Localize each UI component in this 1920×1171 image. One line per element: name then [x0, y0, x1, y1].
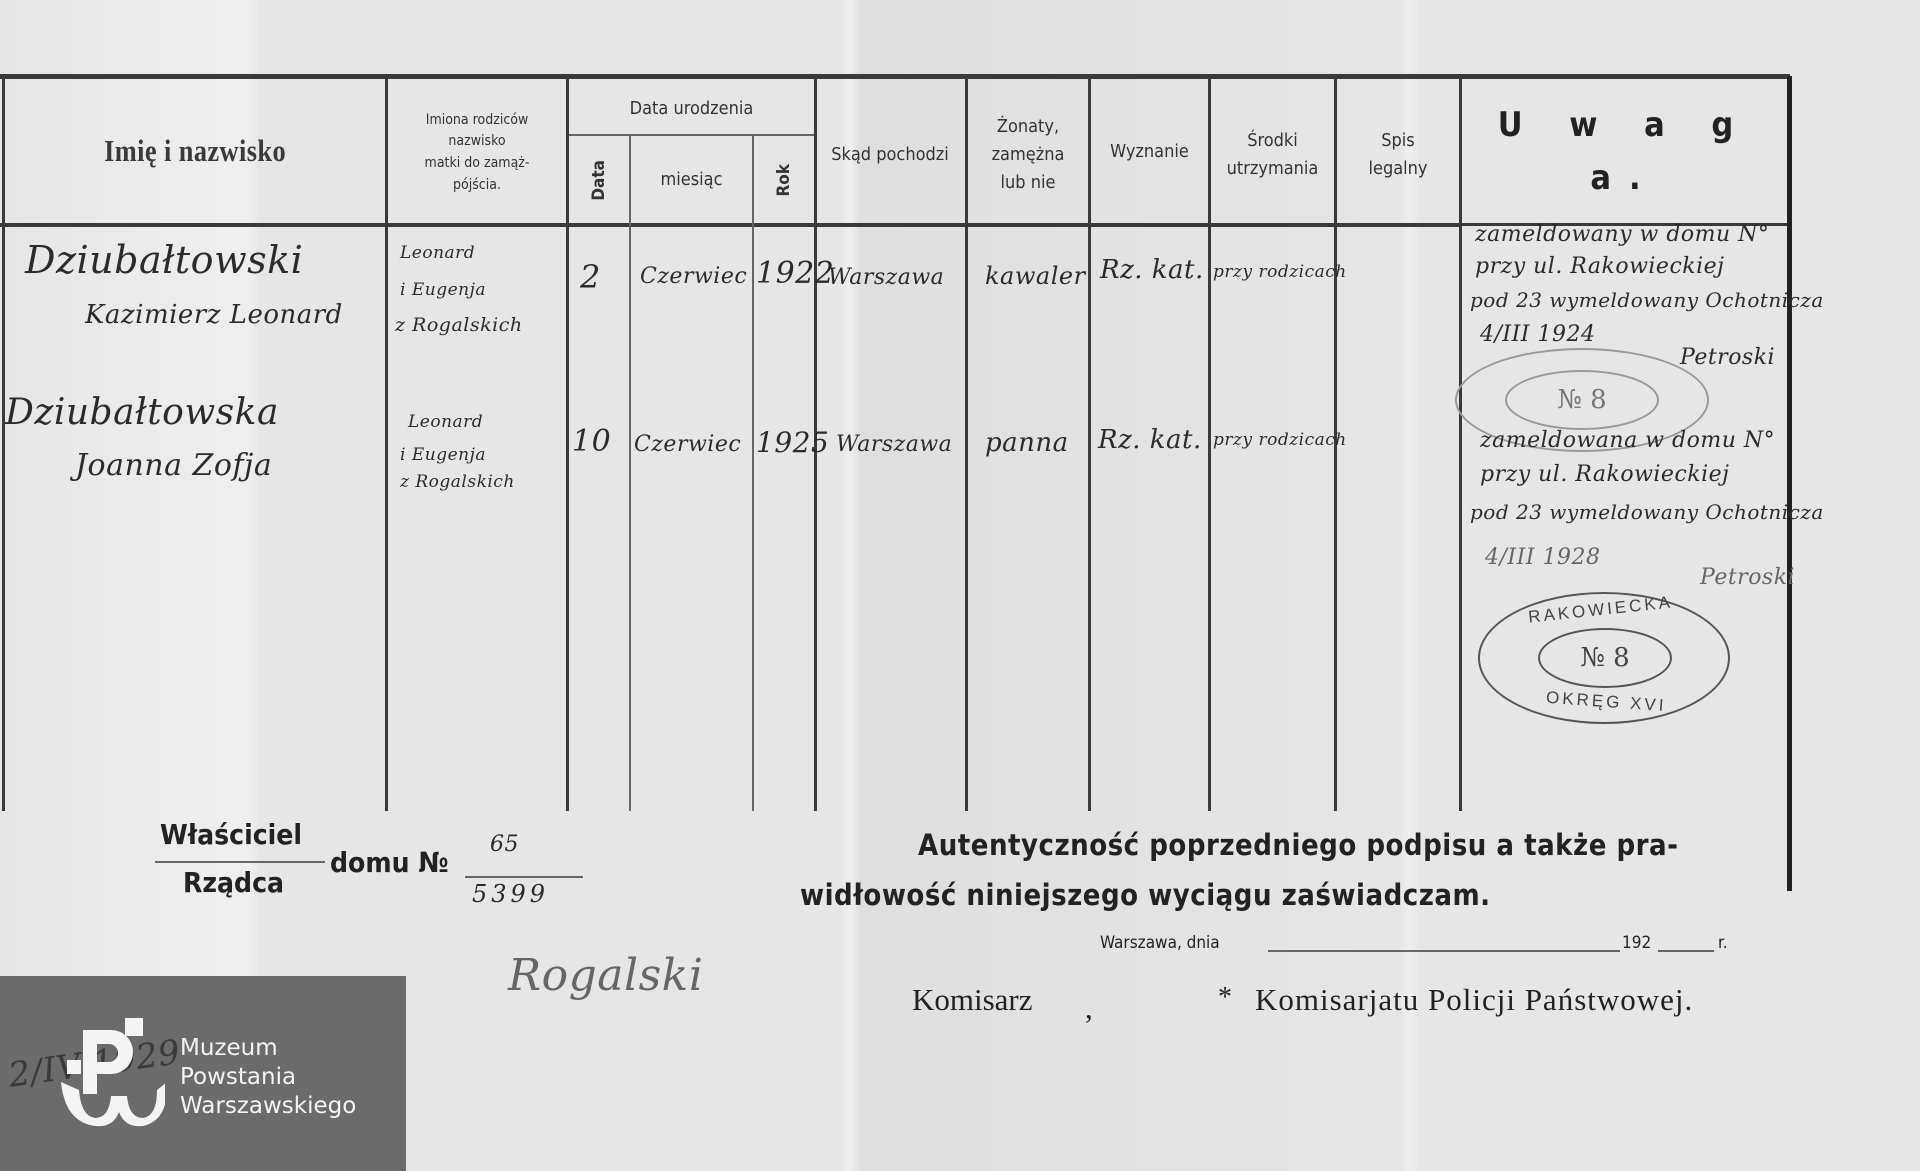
header-remarks: U w a g a.	[1462, 80, 1787, 223]
row2-parents-2: i Eugenja	[400, 445, 486, 465]
col-divider-day	[629, 135, 631, 811]
row1-religion: Rz. kat.	[1100, 255, 1204, 285]
attestation-line-1: Autentyczność poprzedniego podpisu a tak…	[918, 828, 1678, 862]
row2-origin: Warszawa	[836, 432, 952, 457]
header-means: Środki utrzymania	[1211, 100, 1334, 210]
header-birth-date: Data urodzenia	[569, 84, 814, 134]
row2-parents-3: z Rogalskich	[400, 472, 515, 492]
row1-year: 1922	[756, 256, 834, 291]
stamp-number-label: № 8	[1580, 643, 1629, 673]
header-military: Spis legalny	[1337, 100, 1459, 210]
commissariat-label: Komisarjatu Policji Państwowej.	[1255, 982, 1693, 1018]
date-subheader-rule	[567, 134, 815, 136]
header-means-line: utrzymania	[1227, 155, 1319, 183]
row1-name-surname: Dziubałtowski	[25, 238, 303, 282]
row2-means: przy rodzicach	[1213, 430, 1347, 450]
row1-parents-3: z Rogalskich	[395, 314, 523, 336]
house-number-top: 65	[490, 832, 519, 857]
row1-day: 2	[580, 258, 601, 296]
row2-marital: panna	[985, 428, 1069, 458]
row2-remarks-line: zameldowana w domu N°	[1480, 428, 1775, 453]
commissioner-dot: ,	[1085, 990, 1093, 1026]
row2-remarks-line: przy ul. Rakowieckiej	[1480, 462, 1729, 487]
row2-remarks-line: pod 23 wymeldowany Ochotnicza	[1470, 500, 1824, 524]
col-divider-right	[1787, 76, 1792, 891]
header-parents-line: pójścia.	[453, 175, 501, 197]
kotwica-logo-icon	[55, 1016, 165, 1136]
header-parents: Imiona rodziców nazwisko matki do zamąż-…	[388, 88, 566, 218]
row2-remarks-line: 4/III 1928	[1485, 545, 1600, 570]
header-means-line: Środki	[1247, 127, 1298, 155]
row1-remarks-signature: Petroski	[1680, 345, 1775, 370]
header-birth-year: Rok	[754, 137, 814, 223]
row1-origin: Warszawa	[828, 265, 944, 290]
row2-month: Czerwiec	[634, 432, 741, 457]
row2-remarks-signature: Petroski	[1700, 565, 1795, 590]
attestation-line-2: widłowość niniejszego wyciągu zaświadcza…	[800, 878, 1491, 912]
header-marital-line: Żonaty,	[997, 113, 1059, 141]
place-date-label: Warszawa, dnia	[1100, 933, 1220, 953]
header-origin: Skąd pochodzi	[830, 100, 950, 210]
row1-means: przy rodzicach	[1213, 262, 1347, 282]
stamp-number-label: № 8	[1557, 385, 1606, 415]
header-parents-line: matki do zamąż-	[425, 153, 530, 175]
row1-marital: kawaler	[985, 262, 1086, 290]
header-marital: Żonaty, zamężna lub nie	[968, 90, 1088, 220]
museum-name-line: Powstania	[180, 1063, 356, 1092]
header-birth-date-label: Data urodzenia	[630, 95, 754, 123]
year-fill-line	[1658, 950, 1714, 952]
header-remarks-label: U w a g a.	[1462, 99, 1787, 204]
header-name-label: Imię i nazwisko	[104, 127, 286, 175]
row2-religion: Rz. kat.	[1098, 425, 1202, 455]
owner-signature: Rogalski	[508, 950, 703, 1001]
row2-year: 1925	[756, 426, 829, 459]
commissariat-asterisk: *	[1218, 982, 1232, 1014]
museum-name-line: Warszawskiego	[180, 1092, 356, 1121]
row1-parents-1: Leonard	[400, 243, 475, 263]
header-military-line: legalny	[1368, 155, 1427, 183]
manager-label: Rządca	[183, 866, 284, 899]
row1-remarks-line: przy ul. Rakowieckiej	[1475, 254, 1724, 279]
year-prefix: 192	[1622, 933, 1651, 953]
house-number-label: domu №	[330, 846, 449, 879]
header-marital-line: zamężna	[992, 141, 1065, 169]
header-marital-line: lub nie	[1001, 169, 1056, 197]
museum-name: Muzeum Powstania Warszawskiego	[180, 1034, 356, 1121]
owner-manager-divider	[155, 861, 325, 863]
owner-label: Właściciel	[160, 818, 302, 851]
header-birth-month-label: miesiąc	[660, 166, 722, 194]
museum-watermark: 2/IV 1929 Muzeum Powstania Warszawskiego	[0, 976, 406, 1171]
year-suffix: r.	[1718, 933, 1728, 953]
row1-name-given: Kazimierz Leonard	[85, 300, 343, 330]
col-divider-month	[752, 135, 754, 811]
table-top-rule	[0, 74, 1790, 79]
header-military-line: Spis	[1381, 127, 1415, 155]
header-religion: Wyznanie	[1091, 80, 1208, 223]
row1-remarks-line: 4/III 1924	[1480, 322, 1595, 347]
header-parents-line: Imiona rodziców	[426, 110, 529, 132]
police-stamp-rakowiecka: RAKOWIECKA № 8 OKRĘG XVI	[1478, 592, 1730, 724]
header-origin-label: Skąd pochodzi	[831, 141, 949, 169]
row2-name-surname: Dziubałtowska	[5, 392, 279, 433]
header-birth-year-label: Rok	[771, 164, 797, 196]
header-birth-day-label: Data	[586, 160, 612, 201]
row1-parents-2: i Eugenja	[400, 280, 486, 300]
museum-name-line: Muzeum	[180, 1034, 356, 1063]
row1-month: Czerwiec	[640, 264, 747, 289]
header-name: Imię i nazwisko	[5, 80, 385, 223]
commissioner-label: Komisarz	[912, 982, 1033, 1018]
header-birth-day: Data	[569, 137, 629, 223]
house-number-bottom: 5399	[472, 880, 549, 908]
stamp-top-label: RAKOWIECKA	[1527, 592, 1674, 627]
stamp-number: № 8	[1505, 370, 1659, 430]
row1-remarks-line: zameldowany w domu N°	[1475, 222, 1769, 247]
header-birth-month: miesiąc	[631, 137, 752, 223]
stamp-bottom-label: OKRĘG XVI	[1545, 688, 1667, 716]
row2-name-given: Joanna Zofja	[75, 448, 272, 483]
row1-remarks-line: pod 23 wymeldowany Ochotnicza	[1470, 288, 1824, 312]
house-number-line	[465, 876, 583, 878]
header-bottom-rule	[0, 223, 1460, 227]
row2-day: 10	[572, 424, 611, 459]
date-fill-line	[1268, 950, 1620, 952]
header-parents-line: nazwisko	[448, 131, 505, 153]
header-religion-label: Wyznanie	[1110, 138, 1189, 166]
stamp-number: № 8	[1538, 628, 1672, 688]
row2-parents-1: Leonard	[408, 412, 483, 432]
